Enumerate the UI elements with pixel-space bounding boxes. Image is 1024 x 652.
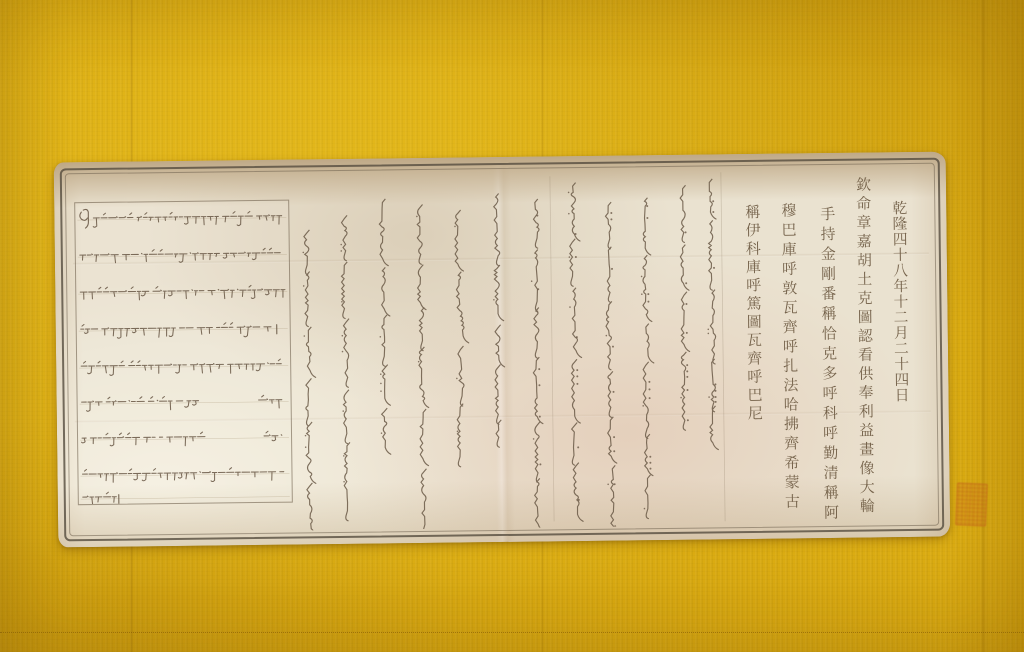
script-dot: [686, 370, 688, 372]
script-dot: [614, 525, 616, 527]
script-stroke: [707, 179, 719, 450]
script-dot: [713, 267, 715, 269]
script-dot: [686, 389, 688, 391]
script-dot: [539, 416, 541, 418]
script-dot: [712, 200, 714, 202]
script-dot: [380, 373, 382, 375]
script-dot: [576, 369, 578, 371]
script-dot: [649, 456, 651, 458]
script-dot: [381, 432, 383, 434]
rule-line: [80, 402, 289, 405]
script-dot: [568, 192, 570, 194]
script-dot: [612, 346, 614, 348]
script-dot: [610, 218, 612, 220]
script-dot: [606, 335, 608, 337]
script-dot: [641, 293, 643, 295]
script-dot: [493, 299, 495, 301]
script-stroke: [605, 202, 620, 530]
script-dot: [342, 335, 344, 337]
rule-line: [80, 438, 289, 441]
script-dot: [649, 462, 651, 464]
script-stroke: [80, 209, 89, 228]
script-dot: [648, 381, 650, 383]
inscription-label-paper: 乾隆四十八年十二月二十四日欽命章嘉胡土克圖認看供奉利益畫像大輪手持金剛番稱恰克多…: [54, 152, 951, 548]
script-dot: [456, 378, 458, 380]
script-stroke: [641, 198, 656, 519]
script-dot: [575, 256, 577, 258]
script-dot: [340, 250, 342, 252]
script-dot: [607, 483, 609, 485]
script-dot: [647, 301, 649, 303]
script-dot: [649, 468, 651, 470]
script-dot: [686, 364, 688, 366]
label-content: 乾隆四十八年十二月二十四日欽命章嘉胡土克圖認看供奉利益畫像大輪手持金剛番稱恰克多…: [68, 166, 936, 534]
script-dot: [715, 401, 717, 403]
script-dot: [457, 431, 459, 433]
script-stroke: [679, 185, 690, 430]
script-dot: [613, 391, 615, 393]
script-dot: [418, 361, 420, 363]
script-dot: [538, 384, 540, 386]
script-dot: [686, 332, 688, 334]
script-dot: [531, 280, 533, 282]
script-dot: [380, 390, 382, 392]
script-stroke: [81, 322, 271, 339]
chinese-column-deity-name-column-1: 手持金剛番稱恰克多呼科呼勤清稱阿: [814, 206, 842, 524]
script-dot: [686, 376, 688, 378]
rule-line: [78, 292, 287, 295]
script-dot: [647, 293, 649, 295]
script-dot: [538, 368, 540, 370]
script-dot: [303, 285, 305, 287]
script-dot: [611, 268, 613, 270]
script-dot: [641, 276, 643, 278]
script-stroke: [417, 204, 431, 530]
script-dot: [708, 333, 710, 335]
script-dot: [454, 226, 456, 228]
script-stroke: [93, 211, 282, 227]
script-dot: [648, 388, 650, 390]
chinese-column-deity-name-column-3: 稱伊科庫呼篤圖瓦齊呼巴尼: [739, 204, 766, 424]
script-dot: [685, 303, 687, 305]
tibetan-text-panel: [74, 200, 293, 506]
script-stroke: [493, 193, 506, 447]
script-dot: [539, 463, 541, 465]
photo-stage: 乾隆四十八年十二月二十四日欽命章嘉胡土克圖認看供奉利益畫像大輪手持金剛番稱恰克多…: [0, 0, 1024, 652]
script-dot: [380, 383, 382, 385]
script-dot: [342, 351, 344, 353]
script-dot: [305, 435, 307, 437]
script-dot: [416, 216, 418, 218]
rule-line: [79, 329, 288, 332]
script-dot: [569, 306, 571, 308]
script-dot: [305, 446, 307, 448]
script-stroke: [81, 359, 281, 376]
script-stroke: [379, 199, 392, 454]
script-dot: [685, 282, 687, 284]
script-dot: [613, 436, 615, 438]
script-dot: [715, 396, 717, 398]
script-dot: [576, 383, 578, 385]
script-stroke: [303, 230, 317, 531]
rule-line: [550, 176, 554, 521]
script-dot: [642, 405, 644, 407]
script-dot: [707, 328, 709, 330]
script-dot: [685, 231, 687, 233]
script-dot: [644, 508, 646, 510]
script-dot: [569, 256, 571, 258]
mongolian-manchu-columns: [288, 168, 728, 530]
script-dot: [646, 217, 648, 219]
script-dot: [576, 375, 578, 377]
script-dot: [613, 450, 615, 452]
script-dot: [712, 211, 714, 213]
script-dot: [649, 397, 651, 399]
script-dot: [708, 396, 710, 398]
script-dot: [380, 336, 382, 338]
script-dot: [610, 212, 612, 214]
script-dot: [343, 481, 345, 483]
script-dot: [302, 252, 304, 254]
chinese-column-commission-column: 欽命章嘉胡土克圖認看供奉利益畫像大輪: [850, 176, 878, 516]
fabric-seam: [0, 632, 1024, 635]
script-dot: [687, 419, 689, 421]
script-dot: [304, 335, 306, 337]
chinese-column-deity-name-column-2: 穆巴庫呼敦瓦齊呼扎法哈拂齊希蒙古: [775, 202, 803, 513]
script-stroke: [264, 431, 282, 441]
script-stroke: [455, 210, 471, 467]
script-columns-drawing: [288, 168, 728, 530]
script-dot: [568, 213, 570, 215]
script-dot: [680, 397, 682, 399]
script-stroke: [531, 199, 544, 531]
script-dot: [533, 438, 535, 440]
script-dot: [343, 455, 345, 457]
fabric-crease: [981, 0, 986, 652]
collector-seal-impression: [955, 482, 988, 526]
tibetan-script-drawing: [75, 201, 292, 505]
script-dot: [340, 244, 342, 246]
chinese-column-date-column: 乾隆四十八年十二月二十四日: [886, 200, 913, 406]
script-stroke: [341, 215, 352, 520]
script-dot: [342, 410, 344, 412]
script-dot: [341, 301, 343, 303]
script-stroke: [82, 396, 199, 411]
script-dot: [577, 446, 579, 448]
rule-line: [721, 172, 725, 521]
script-stroke: [83, 492, 117, 504]
